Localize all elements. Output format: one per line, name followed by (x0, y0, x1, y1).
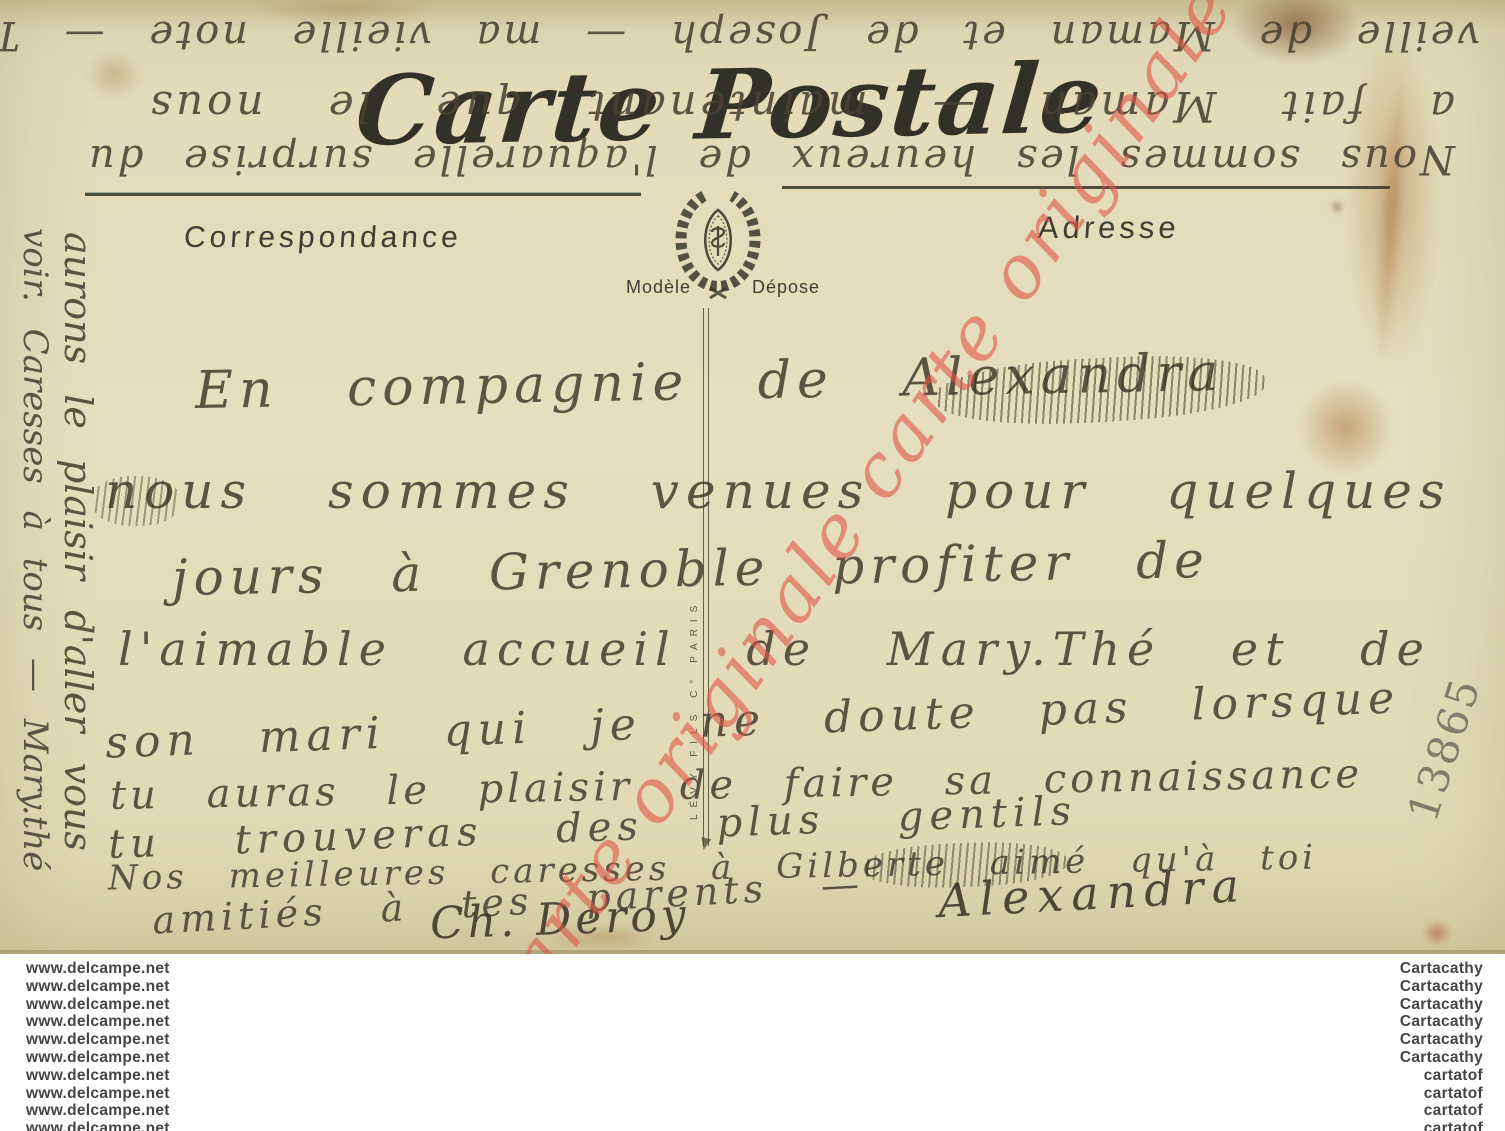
stain-bottom-right-dot (1422, 920, 1452, 946)
watermark-seller-item: cartatof (1400, 1102, 1483, 1120)
watermark-seller-item: cartatof (1400, 1067, 1483, 1085)
watermark-url-item: www.delcampe.net (26, 1013, 170, 1031)
flipped-handwriting-line: veille de Maman et de Joseph — ma vieill… (25, 12, 1480, 58)
handwriting-line: l'aimable accueil de Mary.Thé et de (118, 622, 1431, 676)
watermark-seller-item: Cartacathy (1400, 996, 1483, 1014)
pencil-inventory-number: 13865 (1398, 671, 1491, 827)
flipped-handwriting-line: a fait Maman — maintenant que le nous (25, 82, 1455, 131)
watermark-seller-item: Cartacathy (1400, 1013, 1483, 1031)
postcard-scan: Carte Postale Correspondance Adresse Mod… (0, 0, 1505, 954)
watermark-url-item: www.delcampe.net (26, 960, 170, 978)
printed-rule-left (85, 193, 641, 196)
watermark-url-item: www.delcampe.net (26, 1049, 170, 1067)
emblem-depose-label: Dépose (752, 277, 820, 298)
watermark-seller-item: cartatof (1400, 1085, 1483, 1103)
watermark-url-item: www.delcampe.net (26, 1067, 170, 1085)
stain-dot-right (1330, 200, 1344, 214)
margin-note-line: aurons le plaisir d'aller vous (56, 232, 100, 947)
watermark-url-item: www.delcampe.net (26, 1085, 170, 1103)
watermark-strip: www.delcampe.netwww.delcampe.netwww.delc… (0, 954, 1505, 1131)
delcampe-watermark-column: www.delcampe.netwww.delcampe.netwww.delc… (26, 960, 170, 1131)
stain-mark-right-middle (1298, 380, 1393, 475)
ink-scribble-line-start (92, 476, 180, 526)
watermark-seller-item: Cartacathy (1400, 960, 1483, 978)
scanned-postcard-page: { "postcard": { "title": "Carte Postale"… (0, 0, 1505, 1131)
watermark-seller-item: Cartacathy (1400, 1031, 1483, 1049)
watermark-url-item: www.delcampe.net (26, 978, 170, 996)
watermark-url-item: www.delcampe.net (26, 996, 170, 1014)
watermark-url-item: www.delcampe.net (26, 1102, 170, 1120)
handwriting-line: nous sommes venues pour quelques (105, 462, 1452, 520)
watermark-seller-item: Cartacathy (1400, 1049, 1483, 1067)
signature-sender: Ch. Deroy (429, 889, 690, 949)
flipped-handwriting-line: Nous sommes les heureux de l'aquarelle s… (95, 136, 1455, 182)
margin-note-line: voir. Caresses à tous — Mary.thé (15, 228, 55, 948)
correspondance-label: Correspondance (183, 221, 463, 255)
trademark-emblem: Modèle Dépose (612, 188, 824, 306)
printed-rule-right (782, 186, 1390, 189)
watermark-url-item: www.delcampe.net (26, 1031, 170, 1049)
watermark-seller-item: Cartacathy (1400, 978, 1483, 996)
watermark-seller-item: cartatof (1400, 1120, 1483, 1131)
seller-watermark-column: CartacathyCartacathyCartacathyCartacathy… (1400, 960, 1483, 1131)
watermark-url-item: www.delcampe.net (26, 1120, 170, 1131)
handwriting-line: jours à Grenoble profiter de (172, 531, 1211, 607)
adresse-label: Adresse (1037, 210, 1181, 246)
